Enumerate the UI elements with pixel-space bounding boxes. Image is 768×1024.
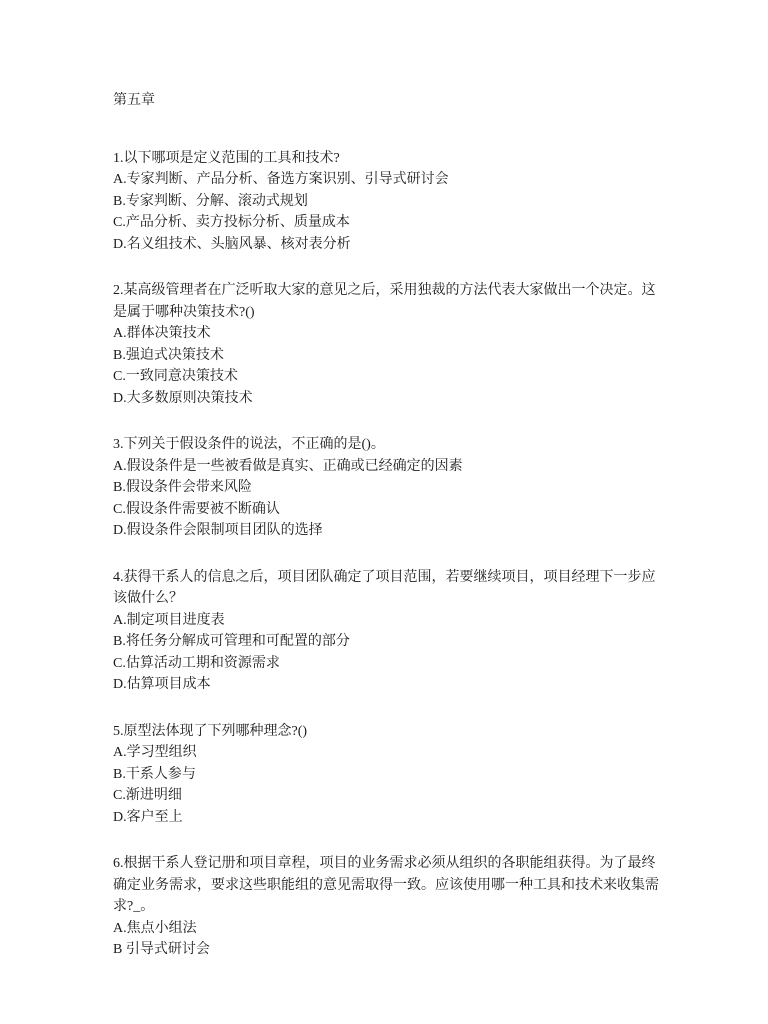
document-page: 第五章 1.以下哪项是定义范围的工具和技术? A.专家判断、产品分析、备选方案识… [0,0,669,961]
question-5-option-d: D.客户至上 [113,807,669,829]
question-5-option-c: C.渐进明细 [113,785,669,807]
question-4: 4.获得干系人的信息之后，项目团队确定了项目范围，若要继续项目，项目经理下一步应… [113,567,669,696]
question-5-option-a: A.学习型组织 [113,742,669,764]
question-3-option-a: A.假设条件是一些被看做是真实、正确或已经确定的因素 [113,456,669,478]
question-6-option-b: B 引导式研讨会 [113,939,669,961]
question-2-text: 2.某高级管理者在广泛听取大家的意见之后，采用独裁的方法代表大家做出一个决定。这… [113,280,669,323]
question-4-text: 4.获得干系人的信息之后，项目团队确定了项目范围，若要继续项目，项目经理下一步应… [113,567,669,610]
question-1-option-a: A.专家判断、产品分析、备选方案识别、引导式研讨会 [113,169,669,191]
question-6-option-a: A.焦点小组法 [113,918,669,940]
question-4-option-c: C.估算活动工期和资源需求 [113,653,669,675]
question-5: 5.原型法体现了下列哪种理念?() A.学习型组织 B.干系人参与 C.渐进明细… [113,721,669,829]
question-1-option-d: D.名义组技术、头脑风暴、核对表分析 [113,234,669,256]
question-3: 3.下列关于假设条件的说法，不正确的是()。 A.假设条件是一些被看做是真实、正… [113,434,669,542]
question-4-option-a: A.制定项目进度表 [113,610,669,632]
question-4-option-d: D.估算项目成本 [113,674,669,696]
question-5-text: 5.原型法体现了下列哪种理念?() [113,721,669,743]
question-1-option-c: C.产品分析、卖方投标分析、质量成本 [113,212,669,234]
question-2: 2.某高级管理者在广泛听取大家的意见之后，采用独裁的方法代表大家做出一个决定。这… [113,280,669,409]
question-2-option-c: C.一致同意决策技术 [113,366,669,388]
question-2-option-b: B.强迫式决策技术 [113,345,669,367]
question-2-option-d: D.大多数原则决策技术 [113,388,669,410]
question-3-option-c: C.假设条件需要被不断确认 [113,499,669,521]
question-6-text: 6.根据干系人登记册和项目章程，项目的业务需求必须从组织的各职能组获得。为了最终… [113,853,669,918]
question-3-option-b: B.假设条件会带来风险 [113,477,669,499]
chapter-title: 第五章 [113,90,669,112]
question-5-option-b: B.干系人参与 [113,764,669,786]
question-1-text: 1.以下哪项是定义范围的工具和技术? [113,148,669,170]
question-3-option-d: D.假设条件会限制项目团队的选择 [113,520,669,542]
question-3-text: 3.下列关于假设条件的说法，不正确的是()。 [113,434,669,456]
question-4-option-b: B.将任务分解成可管理和可配置的部分 [113,631,669,653]
question-6: 6.根据干系人登记册和项目章程，项目的业务需求必须从组织的各职能组获得。为了最终… [113,853,669,961]
question-2-option-a: A.群体决策技术 [113,323,669,345]
question-1: 1.以下哪项是定义范围的工具和技术? A.专家判断、产品分析、备选方案识别、引导… [113,148,669,256]
question-1-option-b: B.专家判断、分解、滚动式规划 [113,191,669,213]
